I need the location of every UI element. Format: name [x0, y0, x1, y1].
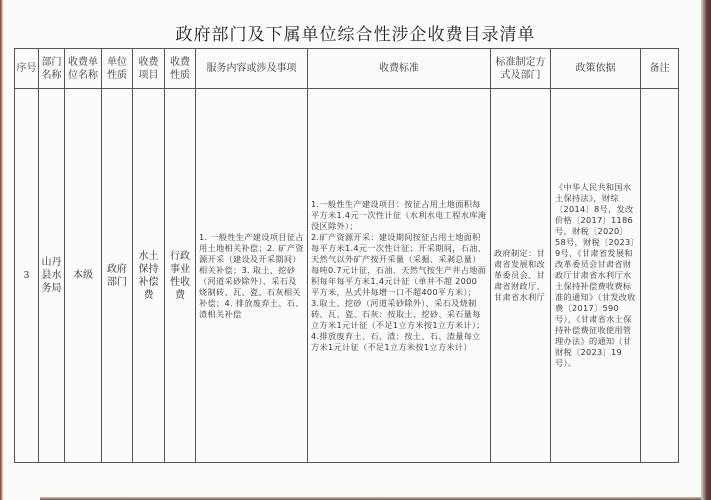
header-fee-nature: 收费性质: [165, 49, 196, 89]
fee-standard-item-3: 3.取土、挖砂（河道采砂除外）、采石及烧制砖、瓦、瓷、石灰：按取土、挖砂、采石量…: [311, 298, 487, 331]
cell-dept-name: 山丹县水务局: [39, 89, 65, 463]
header-seq: 序号: [15, 49, 39, 89]
header-remark: 备注: [641, 49, 679, 89]
cell-fee-standard: 1.一般性生产建设项目：按征占用土地面积每平方米1.4元一次性计征（水利水电工程…: [308, 89, 491, 463]
document-title: 政府部门及下属单位综合性涉企收费目录清单: [0, 20, 711, 45]
cell-fee-item: 水土保持补偿费: [133, 89, 165, 463]
cell-unit-nature: 政府部门: [102, 89, 133, 463]
cell-policy-basis: 《中华人民共和国水土保持法》，财综〔2014〕8号，发改价格〔2017〕1186…: [551, 89, 641, 463]
cell-seq: 3: [15, 89, 39, 463]
header-dept-name: 部门名称: [39, 49, 65, 89]
cell-service-content: 1. 一般性生产建设项目征占用土地相关补偿；2. 矿产资源开采（建设及开采期间）…: [196, 89, 308, 463]
header-unit-nature: 单位性质: [102, 49, 133, 89]
fee-standard-item-1: 1.一般性生产建设项目：按征占用土地面积每平方米1.4元一次性计征（水利水电工程…: [311, 199, 487, 232]
fee-standard-item-4: 4.排放废弃土、石、渣：按土、石、渣量每立方米1元计征（不足1立方米按1立方米计…: [311, 331, 487, 353]
header-fee-item: 收费项目: [133, 49, 165, 89]
page-edge-left: [0, 0, 3, 500]
cell-method-dept: 政府制定：甘肃省发展和改革委员会、甘肃省财政厅、甘肃省水利厅: [491, 89, 551, 463]
page-edge-right: [701, 0, 711, 500]
header-service-content: 服务内容或涉及事项: [196, 49, 308, 89]
fee-standard-item-2: 2.矿产资源开采：建设期间按征占用土地面积每平方米1.4元一次性计征；开采期间，…: [311, 232, 487, 298]
header-method-dept: 标准制定方式及部门: [491, 49, 551, 89]
cell-fee-nature: 行政事业性收费: [165, 89, 196, 463]
cell-unit-name: 本级: [65, 89, 102, 463]
table-row: 3 山丹县水务局 本级 政府部门 水土保持补偿费 行政事业性收费 1. 一般性生…: [15, 89, 679, 463]
fee-catalog-table: 序号 部门名称 收费单位名称 单位性质 收费项目 收费性质 服务内容或涉及事项 …: [14, 48, 679, 463]
header-row: 序号 部门名称 收费单位名称 单位性质 收费项目 收费性质 服务内容或涉及事项 …: [15, 49, 679, 89]
header-fee-standard: 收费标准: [308, 49, 491, 89]
header-unit-name: 收费单位名称: [65, 49, 102, 89]
cell-remark: [641, 89, 679, 463]
header-policy-basis: 政策依据: [551, 49, 641, 89]
